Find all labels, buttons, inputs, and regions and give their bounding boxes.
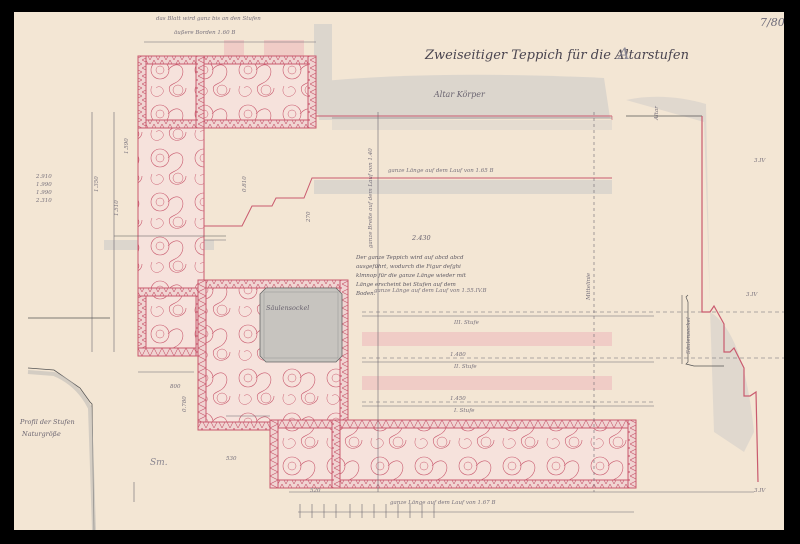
dim-810: 0.810 <box>242 176 248 192</box>
explanation-note: Der ganze Teppich wird auf abcd abcd aus… <box>356 254 466 299</box>
step-3-label: III. Stufe <box>454 320 479 326</box>
dim-1450: 1.450 <box>450 396 466 402</box>
column-socket <box>260 288 342 362</box>
left-list-item: 2.310 <box>36 198 52 204</box>
profile-note-line2: Naturgröße <box>22 430 61 438</box>
left-list-item: 1.990 <box>36 190 52 196</box>
drawing-title: Zweiseitiger Teppich für die Altarstufen <box>425 48 689 63</box>
column-socket-label: Säulensockel <box>266 304 309 312</box>
drawing-sheet: Zweiseitiger Teppich für die Altarstufen… <box>14 12 784 530</box>
length-note-bottom: ganze Länge auf dem Lauf von 1.67 B <box>390 500 496 506</box>
socket-side-label: Säulensockel <box>686 317 692 354</box>
dim-1510: 1.510 <box>114 200 120 216</box>
dim-1590: 1.590 <box>124 138 130 154</box>
left-list-item: 1.990 <box>36 182 52 188</box>
altar-profile-label: Altar <box>654 106 660 120</box>
width-note-vertical: ganze Breite auf dem Lauf von 1.40 <box>368 148 374 248</box>
signature: Sm. <box>150 458 168 468</box>
center-line-label: Mittelinie <box>586 273 592 300</box>
level-mark-lower: 3.IV <box>754 488 765 494</box>
scale-bar <box>300 504 434 518</box>
dim-270: 270 <box>306 212 312 223</box>
top-note: das Blatt wird ganz bis an den Stufen <box>156 16 261 22</box>
altar-body-label: Altar Körper <box>434 90 485 99</box>
dim-800: 800 <box>170 384 181 390</box>
step-1-label: I. Stufe <box>454 408 474 414</box>
level-mark-middle: 3.IV <box>746 292 757 298</box>
step-2-label: II. Stufe <box>454 364 477 370</box>
dim-1480: 1.480 <box>450 352 466 358</box>
variant-mark: A <box>618 44 630 63</box>
dim-520: 520 <box>310 488 321 494</box>
sheet-number: 7/80 <box>760 16 784 29</box>
dim-780: 0.780 <box>182 396 188 412</box>
dim-530: 530 <box>226 456 237 462</box>
dim-1350: 1.350 <box>94 176 100 192</box>
profile-note-line1: Profil der Stufen <box>20 418 75 426</box>
level-mark-upper: 3.IV <box>754 158 765 164</box>
center-value: 2.430 <box>412 234 431 242</box>
top-dimension: äußere Borden 1.60 B <box>174 30 235 36</box>
length-note-top: ganze Länge auf dem Lauf von 1.65 B <box>388 168 494 174</box>
left-list-item: 2.910 <box>36 174 52 180</box>
